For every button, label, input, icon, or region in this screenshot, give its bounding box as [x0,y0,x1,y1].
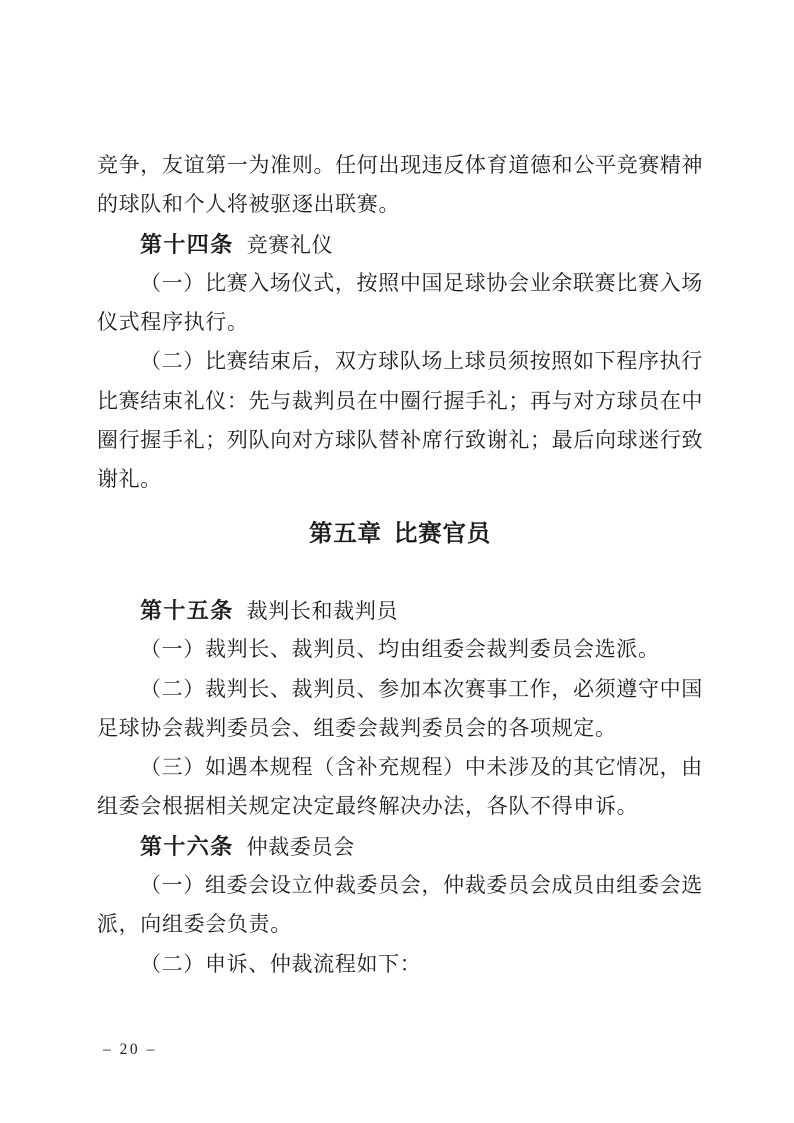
body-text-line: （一）组委会设立仲裁委员会，仲裁委员会成员由组委会选 [97,866,747,905]
article-number-label: 第十四条 [140,232,234,257]
line-text: 圈行握手礼；列队向对方球队替补席行致谢礼；最后向球迷行致 [97,428,703,452]
line-text: （二）申诉、仲裁流程如下： [140,952,421,976]
body-text-line: 足球协会裁判委员会、组委会裁判委员会的各项规定。 [97,709,747,748]
article-heading-line: 第十六条仲裁委员会 [97,827,747,866]
line-text: 比赛结束礼仪：先与裁判员在中圈行握手礼；再与对方球员在中 [97,389,703,413]
footer-page-number: – 20 – [103,1041,157,1059]
body-text-line: （二）比赛结束后，双方球队场上球员须按照如下程序执行 [97,342,747,381]
line-text: （一）组委会设立仲裁委员会，仲裁委员会成员由组委会选 [140,873,703,897]
line-text: 仪式程序执行。 [97,310,249,334]
body-text-line: （二）裁判长、裁判员、参加本次赛事工作，必须遵守中国 [97,670,747,709]
line-text: （一）比赛入场仪式，按照中国足球协会业余联赛比赛入场 [140,271,703,295]
line-text: 裁判长和裁判员 [247,599,399,623]
body-text-line: 圈行握手礼；列队向对方球队替补席行致谢礼；最后向球迷行致 [97,421,747,460]
line-text: 足球协会裁判委员会、组委会裁判委员会的各项规定。 [97,716,617,740]
body-text-line: 仪式程序执行。 [97,303,747,342]
chapter-title: 比赛官员 [394,520,491,546]
chapter-heading: 第五章比赛官员 [97,514,703,553]
line-text: （二）比赛结束后，双方球队场上球员须按照如下程序执行 [140,349,703,373]
body-text-line: 比赛结束礼仪：先与裁判员在中圈行握手礼；再与对方球员在中 [97,382,747,421]
article-number-label: 第十五条 [140,598,234,623]
line-text: 竞赛礼仪 [247,233,334,257]
line-text: 谢礼。 [97,467,162,491]
body-text-line: （二）申诉、仲裁流程如下： [97,945,747,984]
article-heading-line: 第十五条裁判长和裁判员 [97,591,747,630]
line-text: （三）如遇本规程（含补充规程）中未涉及的其它情况，由 [140,755,703,779]
body-text-after-chapter: 第十五条裁判长和裁判员（一）裁判长、裁判员、均由组委会裁判委员会选派。（二）裁判… [97,591,747,984]
line-text: 竞争，友谊第一为准则。任何出现违反体育道德和公平竞赛精神 [97,153,703,177]
article-number-label: 第十六条 [140,834,234,859]
chapter-number: 第五章 [309,520,382,546]
body-text-before-chapter: 竞争，友谊第一为准则。任何出现违反体育道德和公平竞赛精神的球队和个人将被驱逐出联… [97,146,747,500]
body-text-line: （一）比赛入场仪式，按照中国足球协会业余联赛比赛入场 [97,264,747,303]
line-text: 组委会根据相关规定决定最终解决办法，各队不得申诉。 [97,794,638,818]
line-text: 的球队和个人将被驱逐出联赛。 [97,192,400,216]
body-text-line: 的球队和个人将被驱逐出联赛。 [97,185,747,224]
document-page: 竞争，友谊第一为准则。任何出现违反体育道德和公平竞赛精神的球队和个人将被驱逐出联… [0,0,794,1123]
article-heading-line: 第十四条竞赛礼仪 [97,225,747,264]
body-text-line: 组委会根据相关规定决定最终解决办法，各队不得申诉。 [97,787,747,826]
body-text-line: （一）裁判长、裁判员、均由组委会裁判委员会选派。 [97,630,747,669]
line-text: 派，向组委会负责。 [97,912,292,936]
body-text-line: （三）如遇本规程（含补充规程）中未涉及的其它情况，由 [97,748,747,787]
body-text-line: 派，向组委会负责。 [97,905,747,944]
line-text: （一）裁判长、裁判员、均由组委会裁判委员会选派。 [140,637,660,661]
line-text: （二）裁判长、裁判员、参加本次赛事工作，必须遵守中国 [140,677,703,701]
line-text: 仲裁委员会 [247,835,355,859]
body-text-line: 竞争，友谊第一为准则。任何出现违反体育道德和公平竞赛精神 [97,146,747,185]
body-text-line: 谢礼。 [97,460,747,499]
